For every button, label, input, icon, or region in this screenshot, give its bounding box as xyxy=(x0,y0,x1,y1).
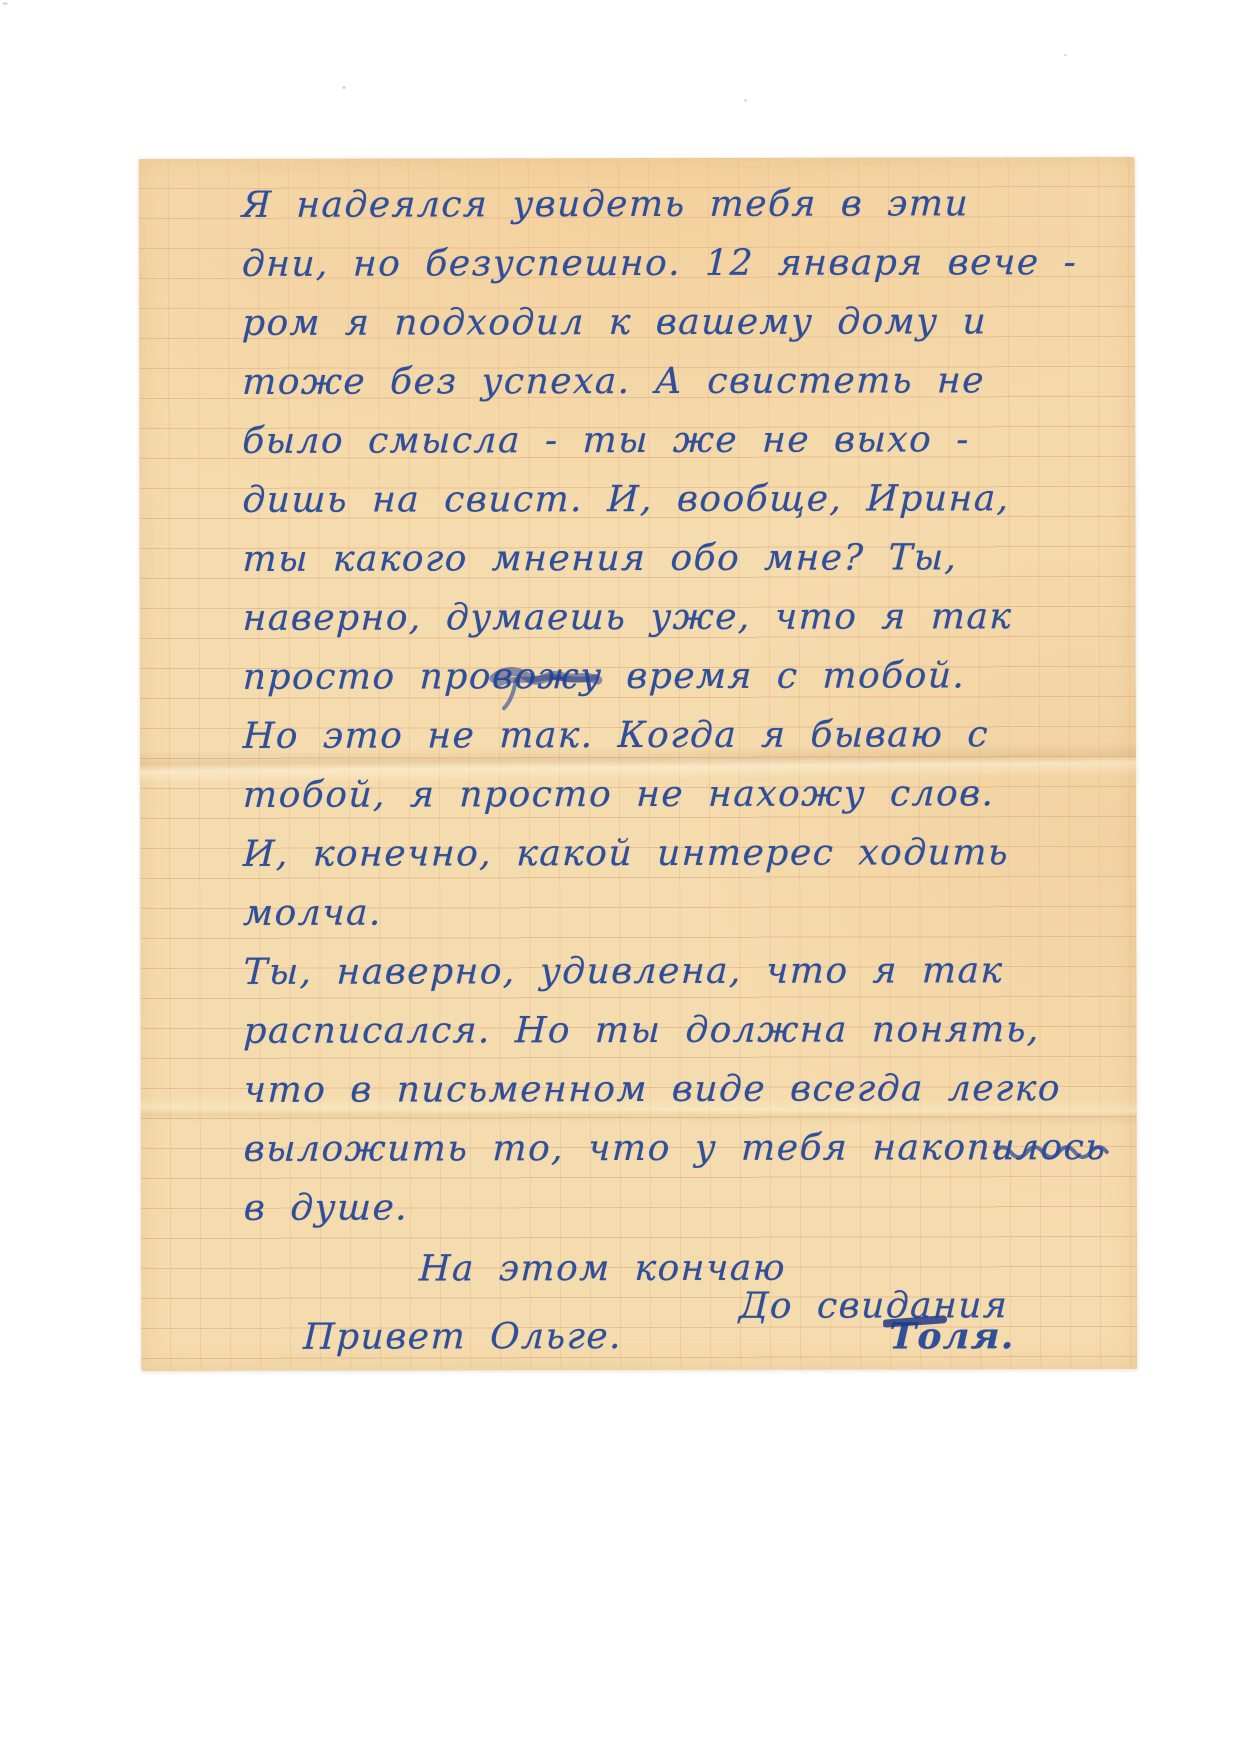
signature: Толя. xyxy=(889,1315,1016,1357)
letter-line: было смысла - ты же не выхо - xyxy=(241,410,1123,471)
greeting-line: Привет Ольге. xyxy=(303,1316,623,1358)
scan-speck xyxy=(1064,54,1067,56)
letter-line: ты какого мнения обо мне? Ты, xyxy=(242,528,1124,589)
letter-line: ром я подходил к вашему дому и xyxy=(241,292,1123,353)
scan-background: Я надеялся увидеть тебя в эти дни, но бе… xyxy=(0,0,1240,1753)
letter-line: что в письменном виде всегда легко xyxy=(243,1059,1125,1120)
letter-line: наверно, думаешь уже, что я так xyxy=(242,587,1124,648)
letter-line: выложить то, что у тебя накопилось xyxy=(243,1118,1125,1179)
closing-line: На этом кончаю xyxy=(418,1248,786,1290)
letter-line: расписался. Но ты должна понять, xyxy=(243,1000,1125,1061)
letter-line: И, конечно, какой интерес ходить xyxy=(242,823,1124,884)
letter-line: тоже без успеха. А свистеть не xyxy=(241,351,1123,412)
scan-speck xyxy=(744,99,747,102)
letter-line: дни, но безуспешно. 12 января вече - xyxy=(241,233,1123,294)
letter-line: молча. xyxy=(242,882,1124,943)
letter-body: Я надеялся увидеть тебя в эти дни, но бе… xyxy=(242,174,1124,1238)
letter-line: тобой, я просто не нахожу слов. xyxy=(242,764,1124,825)
letter-line: просто провожу время с тобой. xyxy=(242,646,1124,707)
letter-line: дишь на свист. И, вообще, Ирина, xyxy=(241,469,1123,530)
scan-speck xyxy=(342,86,346,89)
letter-line: в душе. xyxy=(243,1177,1125,1238)
letter-line: Но это не так. Когда я бываю с xyxy=(242,705,1124,766)
letter-line: Я надеялся увидеть тебя в эти xyxy=(241,174,1123,235)
letter-line: Ты, наверно, удивлена, что я так xyxy=(242,941,1124,1002)
letter-paper: Я надеялся увидеть тебя в эти дни, но бе… xyxy=(139,157,1138,1371)
scan-speck xyxy=(2,2,8,5)
